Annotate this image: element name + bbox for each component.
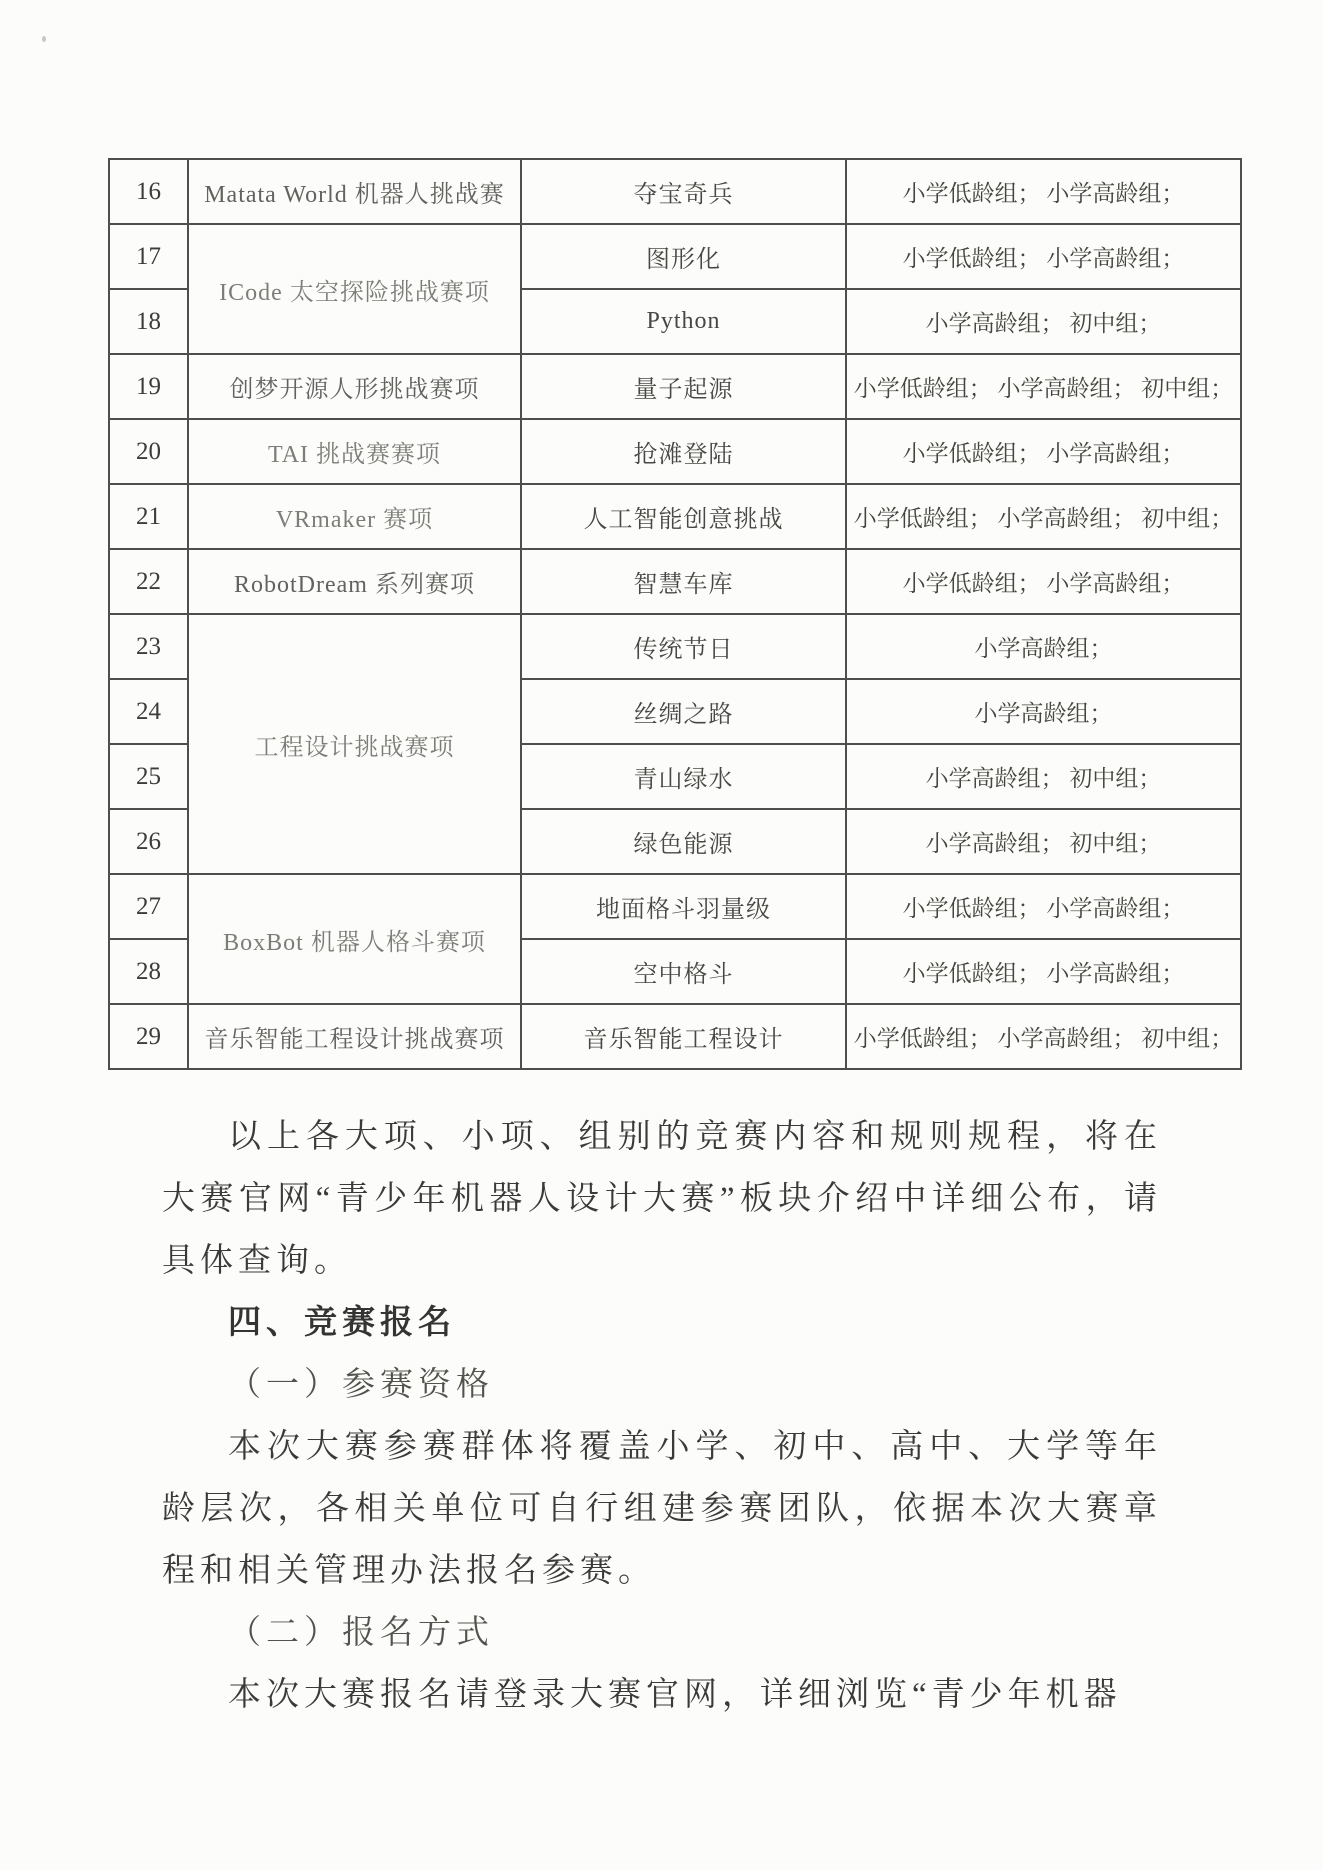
sub-event-cell: 智慧车库 xyxy=(521,549,846,614)
age-groups-cell: 小学低龄组； 小学高龄组； 初中组； xyxy=(846,1004,1241,1069)
row-number-cell: 23 xyxy=(109,614,188,679)
paragraph-registration-method: 本次大赛报名请登录大赛官网，详细浏览“青少年机器 xyxy=(162,1664,1162,1726)
row-number-cell: 25 xyxy=(109,744,188,809)
table-row-17: 17 ICode 太空探险挑战赛项 图形化 小学低龄组； 小学高龄组； xyxy=(109,224,1241,289)
age-groups-cell: 小学低龄组； 小学高龄组； xyxy=(846,874,1241,939)
row-number-cell: 26 xyxy=(109,809,188,874)
event-name-cell: 工程设计挑战赛项 xyxy=(188,614,521,874)
row-number-cell: 22 xyxy=(109,549,188,614)
age-groups-cell: 小学高龄组； xyxy=(846,614,1241,679)
sub-event-cell: 空中格斗 xyxy=(521,939,846,1004)
event-name-cell: RobotDream 系列赛项 xyxy=(188,549,521,614)
sub-event-cell: 抢滩登陆 xyxy=(521,419,846,484)
table-row-23: 23 工程设计挑战赛项 传统节日 小学高龄组； xyxy=(109,614,1241,679)
sub-event-cell: 音乐智能工程设计 xyxy=(521,1004,846,1069)
event-name-cell: BoxBot 机器人格斗赛项 xyxy=(188,874,521,1004)
sub-event-cell: 青山绿水 xyxy=(521,744,846,809)
age-groups-cell: 小学高龄组； xyxy=(846,679,1241,744)
section-heading-registration: 四、竞赛报名 xyxy=(162,1292,1162,1354)
row-number-cell: 21 xyxy=(109,484,188,549)
row-number-cell: 20 xyxy=(109,419,188,484)
row-number-cell: 27 xyxy=(109,874,188,939)
subsection-eligibility: （一）参赛资格 xyxy=(162,1354,1162,1416)
table-row-27: 27 BoxBot 机器人格斗赛项 地面格斗羽量级 小学低龄组； 小学高龄组； xyxy=(109,874,1241,939)
age-groups-cell: 小学低龄组； 小学高龄组； 初中组； xyxy=(846,354,1241,419)
scan-speck xyxy=(42,36,46,42)
table-row-16: 16 Matata World 机器人挑战赛 夺宝奇兵 小学低龄组； 小学高龄组… xyxy=(109,159,1241,224)
age-groups-cell: 小学低龄组； 小学高龄组； xyxy=(846,419,1241,484)
row-number-cell: 18 xyxy=(109,289,188,354)
event-name-cell: Matata World 机器人挑战赛 xyxy=(188,159,521,224)
table-row-21: 21 VRmaker 赛项 人工智能创意挑战 小学低龄组； 小学高龄组； 初中组… xyxy=(109,484,1241,549)
event-name-cell: 音乐智能工程设计挑战赛项 xyxy=(188,1004,521,1069)
age-groups-cell: 小学低龄组； 小学高龄组； xyxy=(846,549,1241,614)
age-groups-cell: 小学低龄组； 小学高龄组； xyxy=(846,224,1241,289)
sub-event-cell: 丝绸之路 xyxy=(521,679,846,744)
sub-event-cell: 图形化 xyxy=(521,224,846,289)
sub-event-cell: 绿色能源 xyxy=(521,809,846,874)
row-number-cell: 29 xyxy=(109,1004,188,1069)
age-groups-cell: 小学低龄组； 小学高龄组； 初中组； xyxy=(846,484,1241,549)
competition-events-table: 16 Matata World 机器人挑战赛 夺宝奇兵 小学低龄组； 小学高龄组… xyxy=(108,158,1242,1070)
body-text-block: 以上各大项、小项、组别的竞赛内容和规则规程，将在大赛官网“青少年机器人设计大赛”… xyxy=(162,1106,1162,1726)
table-row-29: 29 音乐智能工程设计挑战赛项 音乐智能工程设计 小学低龄组； 小学高龄组； 初… xyxy=(109,1004,1241,1069)
table-row-20: 20 TAI 挑战赛赛项 抢滩登陆 小学低龄组； 小学高龄组； xyxy=(109,419,1241,484)
event-name-cell: TAI 挑战赛赛项 xyxy=(188,419,521,484)
table-row-22: 22 RobotDream 系列赛项 智慧车库 小学低龄组； 小学高龄组； xyxy=(109,549,1241,614)
row-number-cell: 16 xyxy=(109,159,188,224)
age-groups-cell: 小学低龄组； 小学高龄组； xyxy=(846,939,1241,1004)
event-name-cell: ICode 太空探险挑战赛项 xyxy=(188,224,521,354)
row-number-cell: 17 xyxy=(109,224,188,289)
sub-event-cell: Python xyxy=(521,289,846,354)
sub-event-cell: 地面格斗羽量级 xyxy=(521,874,846,939)
subsection-registration-method: （二）报名方式 xyxy=(162,1602,1162,1664)
row-number-cell: 24 xyxy=(109,679,188,744)
paragraph-rules-publish: 以上各大项、小项、组别的竞赛内容和规则规程，将在大赛官网“青少年机器人设计大赛”… xyxy=(162,1106,1162,1292)
event-name-cell: 创梦开源人形挑战赛项 xyxy=(188,354,521,419)
paragraph-eligibility: 本次大赛参赛群体将覆盖小学、初中、高中、大学等年龄层次，各相关单位可自行组建参赛… xyxy=(162,1416,1162,1602)
row-number-cell: 19 xyxy=(109,354,188,419)
age-groups-cell: 小学低龄组； 小学高龄组； xyxy=(846,159,1241,224)
age-groups-cell: 小学高龄组； 初中组； xyxy=(846,744,1241,809)
scanned-document-page: 16 Matata World 机器人挑战赛 夺宝奇兵 小学低龄组； 小学高龄组… xyxy=(0,0,1323,1870)
sub-event-cell: 量子起源 xyxy=(521,354,846,419)
sub-event-cell: 夺宝奇兵 xyxy=(521,159,846,224)
table-row-19: 19 创梦开源人形挑战赛项 量子起源 小学低龄组； 小学高龄组； 初中组； xyxy=(109,354,1241,419)
sub-event-cell: 传统节日 xyxy=(521,614,846,679)
sub-event-cell: 人工智能创意挑战 xyxy=(521,484,846,549)
event-name-cell: VRmaker 赛项 xyxy=(188,484,521,549)
age-groups-cell: 小学高龄组； 初中组； xyxy=(846,289,1241,354)
row-number-cell: 28 xyxy=(109,939,188,1004)
age-groups-cell: 小学高龄组； 初中组； xyxy=(846,809,1241,874)
